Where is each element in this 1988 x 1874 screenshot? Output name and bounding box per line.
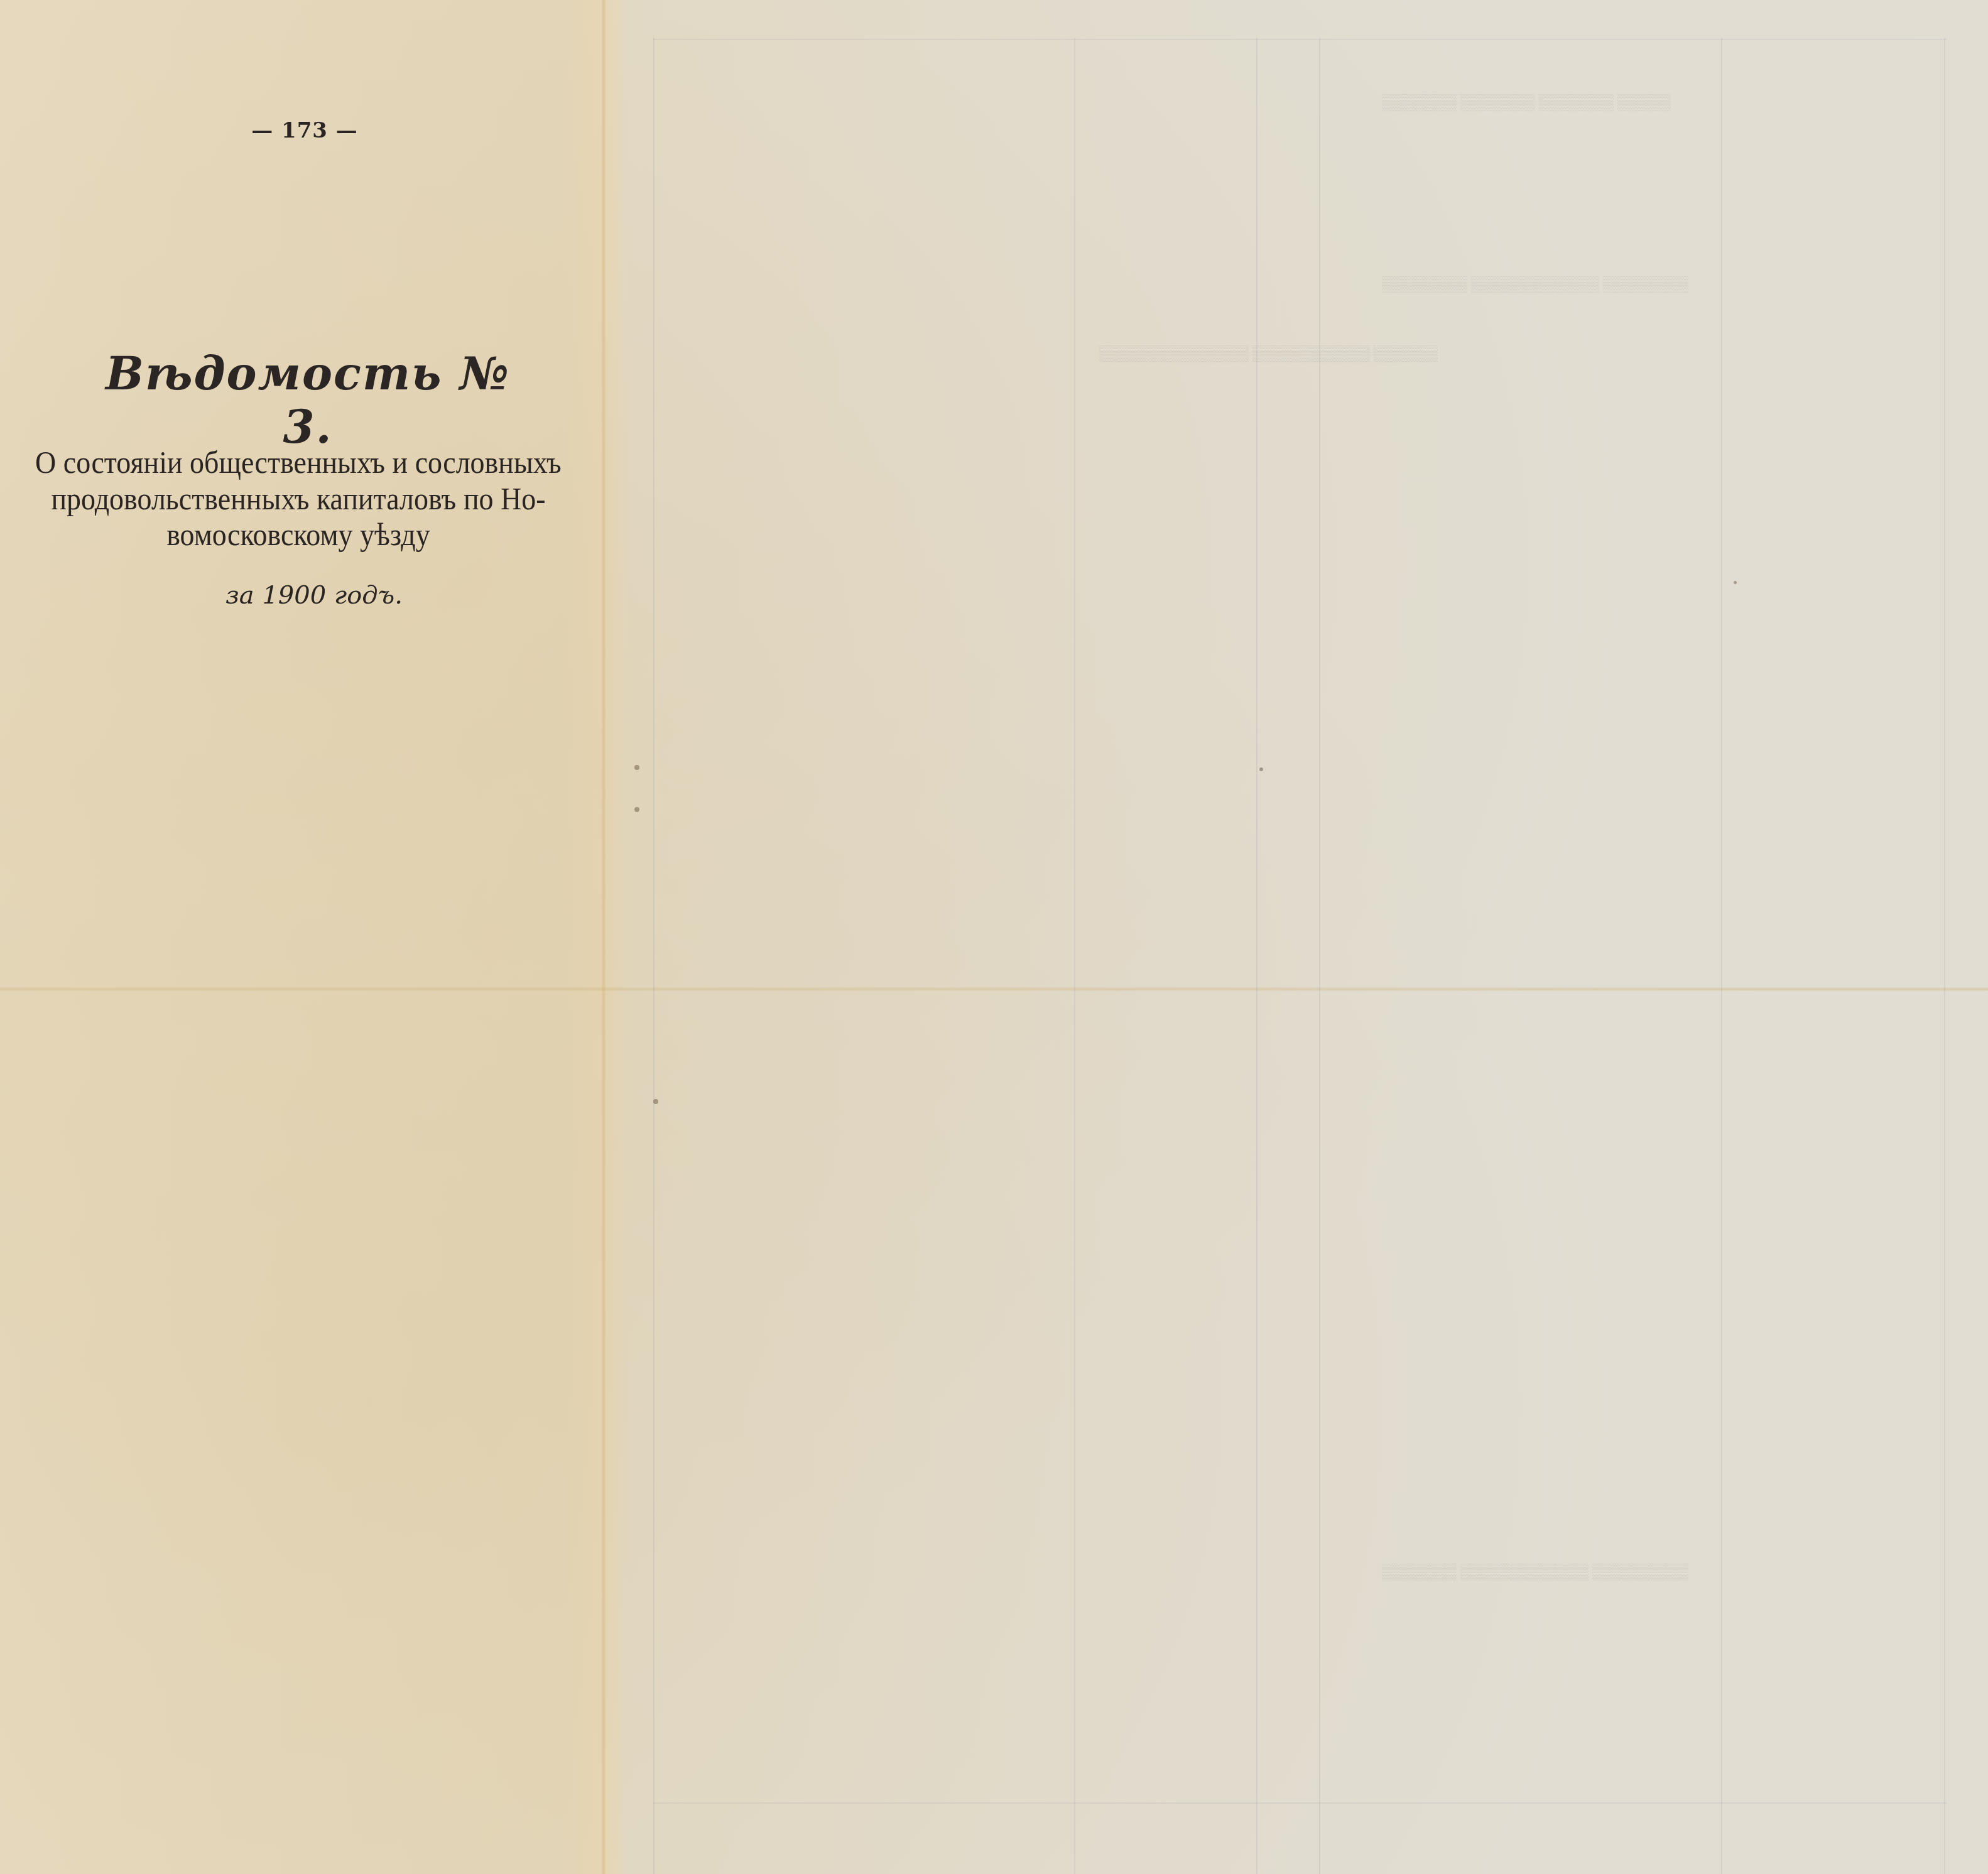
bleed-through-table-rule xyxy=(653,1802,1947,1804)
horizontal-fold-line xyxy=(0,987,1988,991)
page-number: — 173 — xyxy=(239,118,371,143)
bleed-through-table-rule xyxy=(1256,38,1257,1874)
paper-speck xyxy=(634,807,639,812)
paper-sheet xyxy=(0,0,1988,1874)
bleed-through-table-rule xyxy=(653,39,1947,40)
reporting-period: за 1900 годъ. xyxy=(188,581,440,610)
bleed-through-text: ▒▒▒▒▒ ▒▒▒▒▒▒▒ ▒▒▒▒▒▒▒ ▒▒▒▒▒▒▒ xyxy=(1382,94,1671,111)
bleed-through-table-rule xyxy=(1074,38,1075,1874)
paper-speck xyxy=(634,765,639,770)
paper-speck xyxy=(1734,581,1737,584)
subtitle-line: вомосковскому уѣзду xyxy=(19,516,578,552)
subtitle-line: О состоянiи общественныхъ и сословныхъ xyxy=(19,445,578,480)
bleed-through-text: ▒▒▒▒▒▒ ▒▒▒▒▒▒▒▒▒▒▒ ▒▒▒▒▒▒▒▒▒▒▒▒▒▒ xyxy=(1099,345,1438,362)
document-subtitle: О состоянiи общественныхъ и сословныхъ п… xyxy=(19,445,578,553)
bleed-through-table-rule xyxy=(653,38,655,1874)
bleed-through-text: ▒▒▒▒▒▒▒▒▒ ▒▒▒▒▒▒▒▒▒▒▒▒ ▒▒▒▒▒▒▒ xyxy=(1382,1564,1688,1581)
paper-speck xyxy=(653,1099,658,1104)
paper-speck xyxy=(1259,767,1263,771)
bleed-through-table-rule xyxy=(1319,38,1320,1874)
document-title: Вѣдомость № 3. xyxy=(94,347,521,453)
bleed-through-table-rule xyxy=(1944,38,1945,1874)
subtitle-line: продовольственныхъ капиталовъ по Но- xyxy=(19,480,578,516)
bleed-through-text: ▒▒▒▒▒▒▒▒ ▒▒▒▒▒▒▒▒▒▒▒▒ ▒▒▒▒▒▒▒▒ xyxy=(1382,276,1688,293)
bleed-through-table-rule xyxy=(1721,38,1722,1874)
vertical-fold-line xyxy=(602,0,606,1874)
